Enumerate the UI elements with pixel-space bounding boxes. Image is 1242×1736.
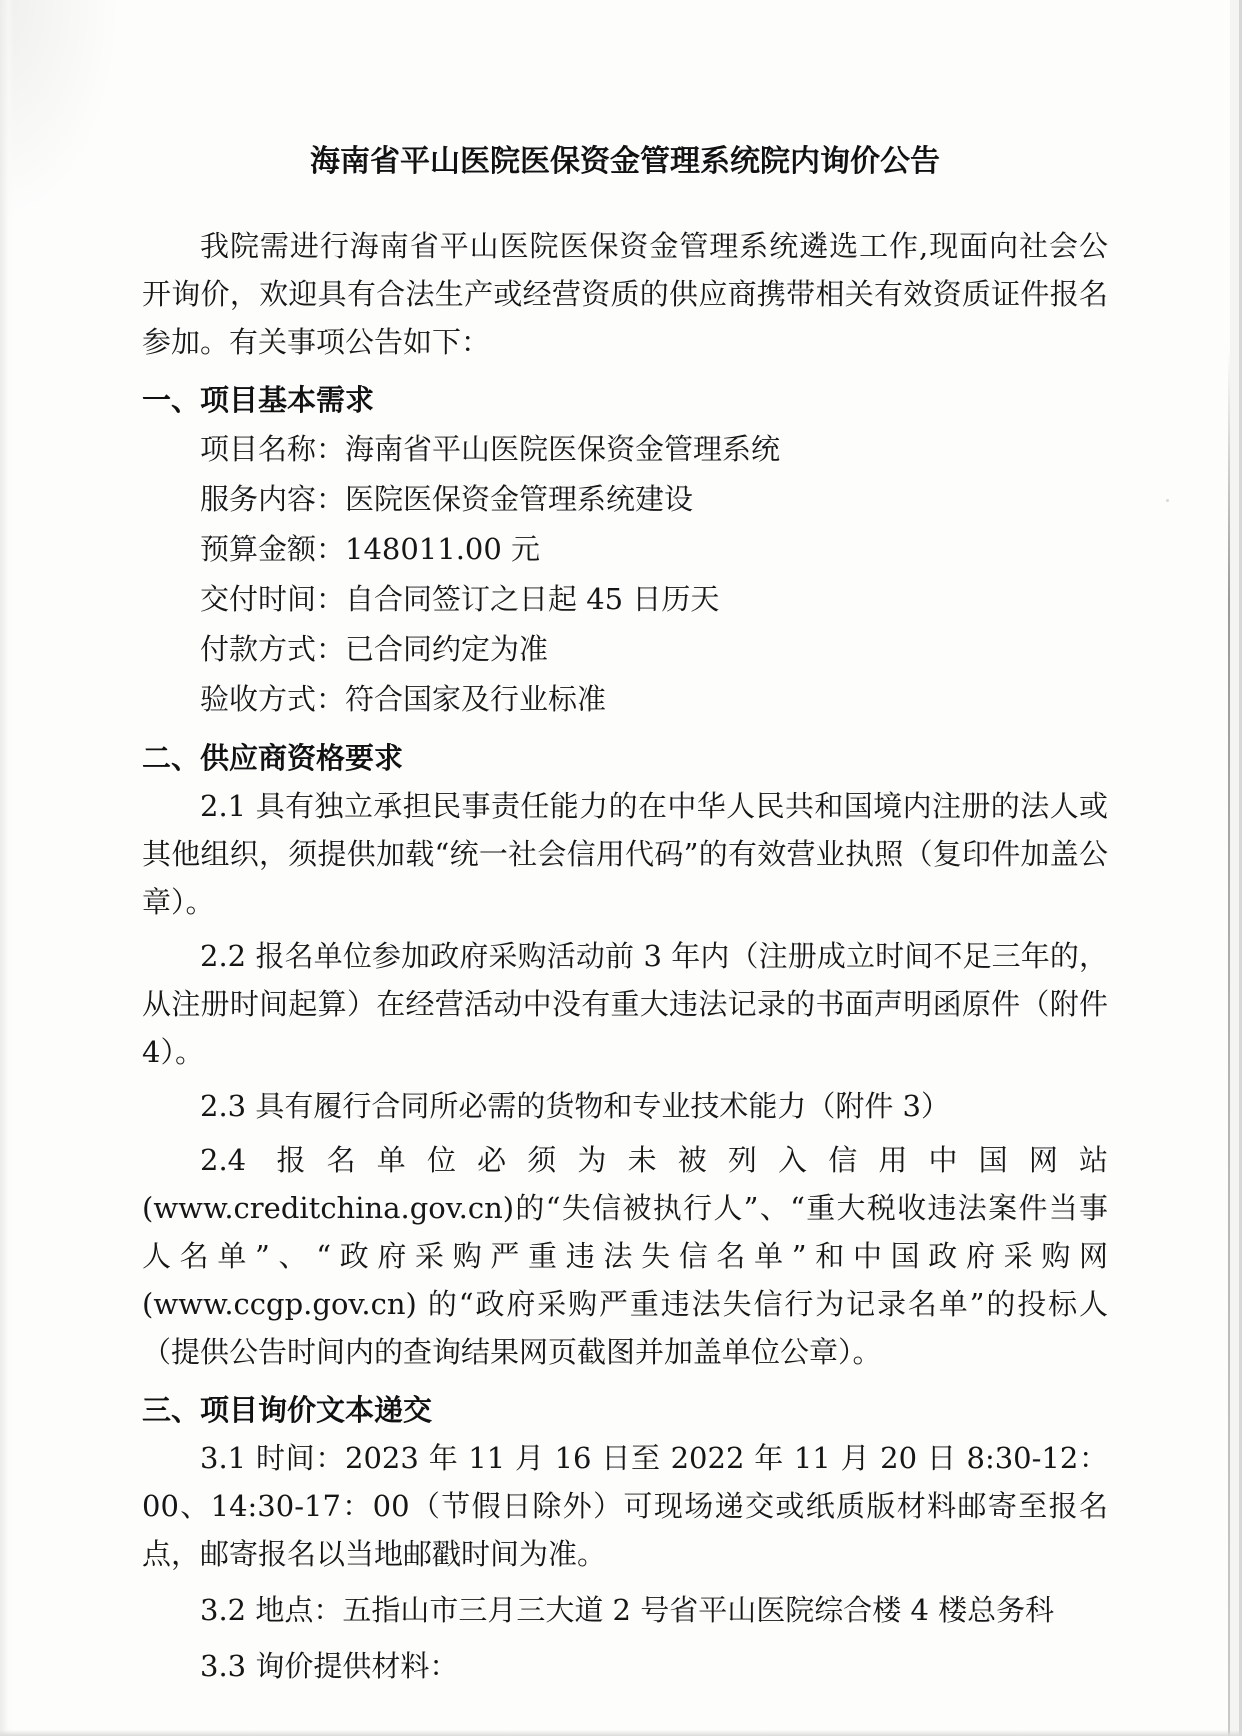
section-inquiry-document-submission: 三、项目询价文本递交 3.1 时间：2023 年 11 月 16 日至 2022… [142,1386,1108,1690]
scan-right-margin [1230,0,1242,1736]
scan-bottom-shadow [0,1730,1242,1736]
section-basic-requirements: 一、项目基本需求 项目名称：海南省平山医院医保资金管理系统 服务内容：医院医保资… [142,376,1108,724]
requirement-item-payment-method: 付款方式：已合同约定为准 [142,624,1108,674]
paragraph-3-2: 3.2 地点：五指山市三月三大道 2 号省平山医院综合楼 4 楼总务科 [142,1586,1108,1634]
page-title: 海南省平山医院医保资金管理系统院内询价公告 [142,144,1108,180]
document-content: 海南省平山医院医保资金管理系统院内询价公告 我院需进行海南省平山医院医保资金管理… [142,144,1108,1698]
scan-page-edge-line [1228,350,1230,1736]
scan-speck [1166,499,1169,502]
paragraph-2-3: 2.3 具有履行合同所必需的货物和专业技术能力（附件 3） [142,1082,1108,1130]
paragraph-3-1: 3.1 时间：2023 年 11 月 16 日至 2022 年 11 月 20 … [142,1434,1108,1578]
paragraph-2-1: 2.1 具有独立承担民事责任能力的在中华人民共和国境内注册的法人或其他组织，须提… [142,782,1108,926]
requirement-item-delivery-time: 交付时间：自合同签订之日起 45 日历天 [142,574,1108,624]
section-heading: 二、供应商资格要求 [142,734,1108,782]
section-heading: 三、项目询价文本递交 [142,1386,1108,1434]
requirement-item-project-name: 项目名称：海南省平山医院医保资金管理系统 [142,424,1108,474]
paragraph-3-3: 3.3 询价提供材料： [142,1642,1108,1690]
section-supplier-qualification: 二、供应商资格要求 2.1 具有独立承担民事责任能力的在中华人民共和国境内注册的… [142,734,1108,1376]
scan-edge-left-shadow [0,0,14,1736]
requirement-item-service-content: 服务内容：医院医保资金管理系统建设 [142,474,1108,524]
requirement-item-acceptance-method: 验收方式：符合国家及行业标准 [142,674,1108,724]
document-page: 海南省平山医院医保资金管理系统院内询价公告 我院需进行海南省平山医院医保资金管理… [0,0,1242,1736]
requirement-item-budget: 预算金额：148011.00 元 [142,524,1108,574]
intro-paragraph: 我院需进行海南省平山医院医保资金管理系统遴选工作,现面向社会公开询价，欢迎具有合… [142,222,1108,366]
paragraph-2-4: 2.4 报名单位必须为未被列入信用中国网站(www.creditchina.go… [142,1136,1108,1376]
section-heading: 一、项目基本需求 [142,376,1108,424]
paragraph-2-2: 2.2 报名单位参加政府采购活动前 3 年内（注册成立时间不足三年的，从注册时间… [142,932,1108,1076]
scan-corner-shade [0,0,120,220]
